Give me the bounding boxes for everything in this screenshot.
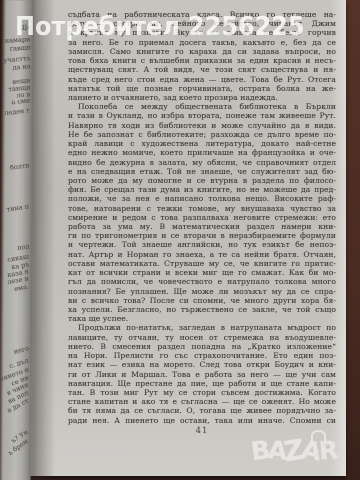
page-number: 41 — [68, 426, 336, 436]
text-line: навигация. Ще престане да пие, ще работи… — [68, 379, 336, 388]
left-page-text-fragment: под — [17, 243, 30, 252]
text-line: смирение и редом с това разпалваха негов… — [68, 213, 336, 222]
text-line: положи, че за нея е написано толкова нещ… — [68, 194, 336, 203]
left-page-text-fragment: ема. — [14, 283, 30, 293]
book-right-page: съдбата на работническата класа. Всичко … — [24, 0, 346, 476]
text-line: нат. Артър и Норман го знаеха, а те са н… — [68, 250, 336, 259]
text-line: стане капитан и ако тя е съгласна — ще с… — [68, 397, 336, 406]
text-line: фия. Бе срещал тази дума из книгите, но … — [68, 185, 336, 194]
text-line: познания? Бе уплашен. Ще може ли мозъкът… — [68, 287, 336, 296]
text-line: и чертежи. Той знаеше английски, но тук … — [68, 240, 336, 249]
text-line: нататък той ще познае горчивината, остра… — [68, 84, 336, 93]
text-line: видно бе дежурна в залата, му обясни, че… — [68, 158, 336, 167]
left-page-text-fragment: болтн — [10, 162, 31, 172]
page-text: съдбата на работническата класа. Всичко … — [68, 10, 336, 425]
left-page-text-fragment: тина п — [7, 203, 30, 213]
left-page-text-fragment: леден г — [4, 107, 30, 117]
text-line: съдбата на работническата класа. Всичко … — [68, 10, 336, 19]
text-line: остави математиката. Струваше му се, че … — [68, 259, 336, 268]
left-page-text-fragment: да на — [12, 63, 31, 71]
text-line: замисля. Само книгите го караха да си за… — [68, 47, 336, 56]
text-line: край лавици с художествена литература, д… — [68, 139, 336, 148]
text-line: кат от всички страни и всеки миг ще го с… — [68, 268, 336, 277]
left-page-text-fragment: а сми — [11, 97, 31, 106]
book-page-photo: съдбата на работническата класа. Всичко … — [0, 0, 360, 480]
text-line: би тя няма да се съгласи. О, тогава ще ж… — [68, 406, 336, 415]
text-line: за него. Бе го приемал досега такъв, как… — [68, 38, 336, 47]
text-line: работа за ума му. В математическия разде… — [68, 222, 336, 231]
text-line: ха успели. Безгласно, но тържествено се … — [68, 305, 336, 314]
text-line: нието. В смесения раздел попадна на „Кра… — [68, 342, 336, 351]
text-line: ги по тригонометрия и се вторачи в нераз… — [68, 231, 336, 240]
text-line: и кръгът му познати. Вкусът на живота не… — [68, 28, 336, 37]
text-line: ги от Лики и Маршал. Това е работа за не… — [68, 370, 336, 379]
text-line: и тази в Оукланд, но избра втората, поне… — [68, 111, 336, 120]
text-line: рото може да му помогне и се втурна в ра… — [68, 176, 336, 185]
text-line: Навярно тя ходи из библиотеки и може слу… — [68, 121, 336, 130]
left-page-text-fragment: него — [13, 345, 30, 355]
text-line: нат език — езика на морето. След това от… — [68, 360, 336, 369]
text-line: така ще успее. — [68, 314, 336, 323]
text-line: това бяха книги с вълшебни приказки за е… — [68, 56, 336, 65]
text-line: ви с всичко това? После си спомни, че мн… — [68, 296, 336, 305]
text-line: тове, натоварени с тежки томове, му внуш… — [68, 204, 336, 213]
text-line: Поколеба се между обществената библиотек… — [68, 102, 336, 111]
text-line: гъл да помисли, че човечеството е натруп… — [68, 277, 336, 286]
text-line: едно нежно момиче, което приличаше на фр… — [68, 148, 336, 157]
text-line: ществуващ свят. А той видя, че този свят… — [68, 65, 336, 74]
text-line: тан. В този миг Рут му се стори съвсем д… — [68, 388, 336, 397]
text-line: къде сред него стои една жена — цвете. Т… — [68, 75, 336, 84]
text-line: на Нори. Прелисти го със страхопочитание… — [68, 351, 336, 360]
left-page-text-fragment: Ще — [19, 24, 31, 32]
text-line: Не бе запознат с библиотеките; разхожда … — [68, 130, 336, 139]
text-line: Продължи по-нататък, загледан в натрупан… — [68, 323, 336, 332]
left-page-text-fragment: гавщи — [9, 44, 31, 53]
text-line: е на следващия етаж. Той не знаеше, че с… — [68, 167, 336, 176]
book-left-page-edge: Щенамаригавщиучасттада навещитанщило ва … — [0, 0, 34, 480]
text-line: долу — сестра му, нейното семейство, чир… — [68, 19, 336, 28]
text-line: лавиците, ту отчаян, ту носен от стремеж… — [68, 333, 336, 342]
text-line: ради нея. А пиенето ще остави, така или … — [68, 416, 336, 425]
text-line: ланието и отчаянието, зад което прозира … — [68, 93, 336, 102]
